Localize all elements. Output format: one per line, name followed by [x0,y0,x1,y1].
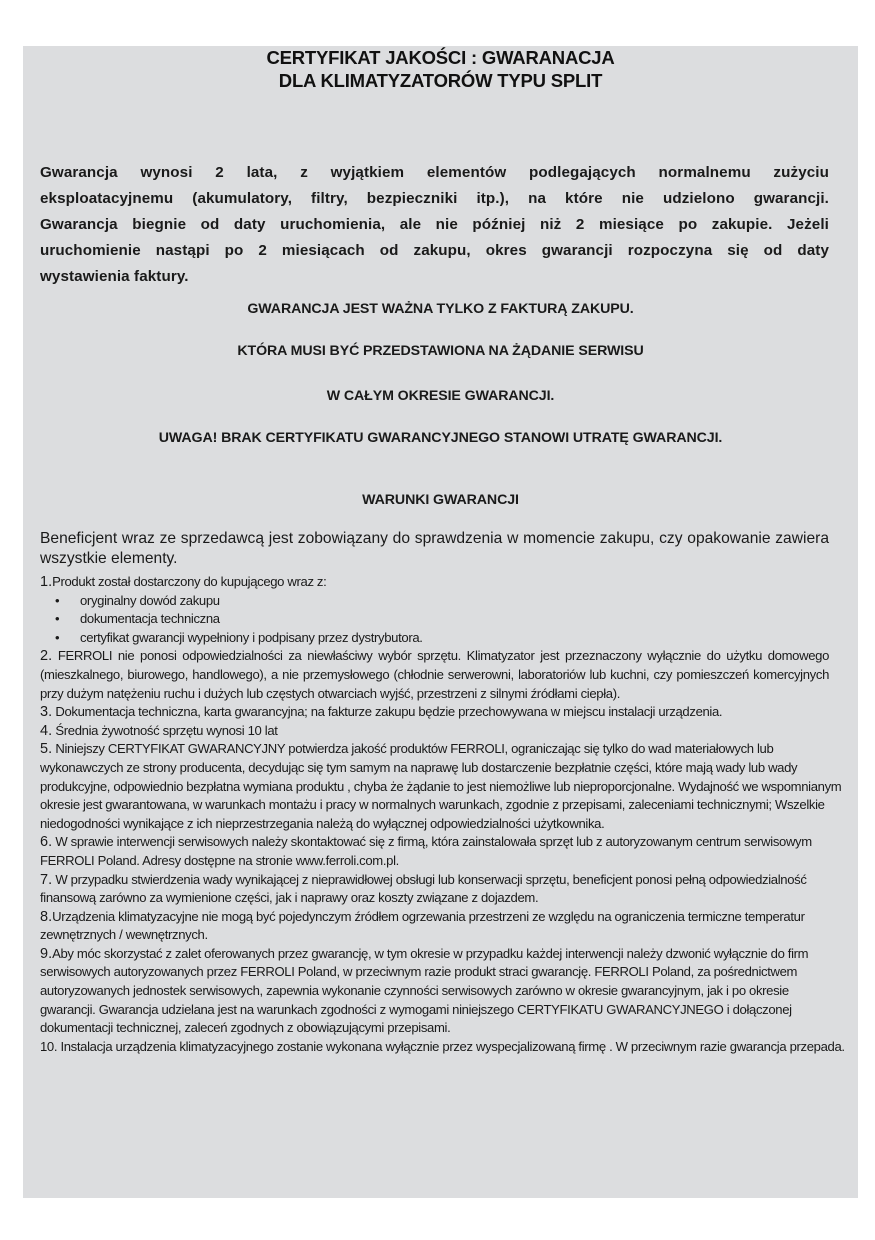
notice-invoice: GWARANCJA JEST WAŻNA TYLKO Z FAKTURĄ ZAK… [23,301,858,317]
document-title: CERTYFIKAT JAKOŚCI : GWARANACJA DLA KLIM… [23,46,858,92]
intro-line: uruchomienie nastąpi po 2 miesiącach od … [40,238,829,264]
intro-line: eksploatacyjnemu (akumulatory, filtry, b… [40,186,829,212]
intro-line: Gwarancja biegnie od daty uruchomienia, … [40,212,829,238]
notice-period: W CAŁYM OKRESIE GWARANCJI. [23,388,858,404]
bullet-item: •dokumentacja techniczna [40,610,845,629]
conditions-list: 1.Produkt został dostarczony do kupujące… [40,573,845,1056]
conditions-heading: WARUNKI GWARANCJI [23,492,858,508]
condition-item-8: 8.Urządzenia klimatyzacyjne nie mogą być… [40,908,845,945]
notice-service: KTÓRA MUSI BYĆ PRZEDSTAWIONA NA ŻĄDANIE … [23,343,858,359]
bullet-item: •certyfikat gwarancji wypełniony i podpi… [40,629,845,648]
certificate-panel: CERTYFIKAT JAKOŚCI : GWARANACJA DLA KLIM… [23,46,858,1198]
item-1-bullets: •oryginalny dowód zakupu •dokumentacja t… [40,592,845,648]
conditions-lead: Beneficjent wraz ze sprzedawcą jest zobo… [40,529,829,569]
title-line-2: DLA KLIMATYZATORÓW TYPU SPLIT [23,69,858,92]
condition-item-10: 10. Instalacja urządzenia klimatyzacyjne… [40,1038,845,1057]
condition-item-1: 1.Produkt został dostarczony do kupujące… [40,573,845,592]
condition-item-2: 2. FERROLI nie ponosi odpowiedzialności … [40,647,829,703]
intro-line: wystawienia faktury. [40,264,829,290]
notice-warning: UWAGA! BRAK CERTYFIKATU GWARANCYJNEGO ST… [23,430,858,446]
condition-item-9: 9.Aby móc skorzystać z zalet oferowanych… [40,945,845,1038]
intro-line: Gwarancja wynosi 2 lata, z wyjątkiem ele… [40,160,829,186]
condition-item-4: 4. Średnia żywotność sprzętu wynosi 10 l… [40,722,845,741]
bullet-item: •oryginalny dowód zakupu [40,592,845,611]
bullet-icon: • [55,610,59,629]
condition-item-6: 6. W sprawie interwencji serwisowych nal… [40,833,845,870]
bullet-icon: • [55,592,59,611]
condition-item-5: 5. Niniejszy CERTYFIKAT GWARANCYJNY potw… [40,740,845,833]
title-line-1: CERTYFIKAT JAKOŚCI : GWARANACJA [23,46,858,69]
condition-item-3: 3. Dokumentacja techniczna, karta gwaran… [40,703,845,722]
condition-item-7: 7. W przypadku stwierdzenia wady wynikaj… [40,871,845,908]
warranty-intro: Gwarancja wynosi 2 lata, z wyjątkiem ele… [40,160,829,290]
bullet-icon: • [55,629,59,648]
